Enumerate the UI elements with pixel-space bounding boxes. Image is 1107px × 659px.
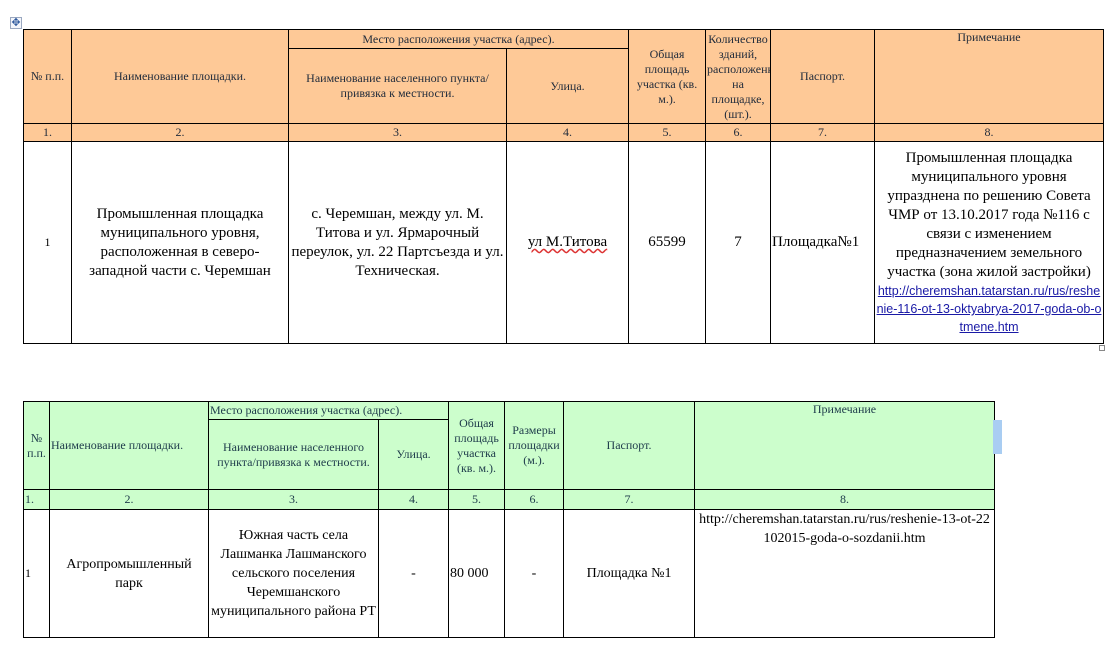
header-area: Общая площадь участка (кв. м.). [629, 30, 706, 124]
cell-buildings[interactable]: 7 [706, 142, 771, 344]
cell-note[interactable]: http://cheremshan.tatarstan.ru/rus/reshe… [695, 510, 995, 638]
column-number: 6. [505, 490, 564, 510]
header-street: Улица. [379, 420, 449, 490]
column-number: 4. [379, 490, 449, 510]
column-number: 8. [695, 490, 995, 510]
column-number: 1. [24, 490, 50, 510]
header-name: Наименование площадки. [50, 402, 209, 490]
cell-name[interactable]: Промышленная площадка муниципального уро… [72, 142, 289, 344]
header-location-group: Место расположения участка (адрес). [209, 402, 449, 420]
header-num: № п.п. [24, 402, 50, 490]
cell-note[interactable]: Промышленная площадка муниципального уро… [875, 142, 1104, 344]
header-settlement: Наименование населенного пункта/привязка… [209, 420, 379, 490]
header-name: Наименование площадки. [72, 30, 289, 124]
header-passport: Паспорт. [771, 30, 875, 124]
note-link[interactable]: http://cheremshan.tatarstan.ru/rus/reshe… [876, 282, 1102, 336]
column-numbers-row: 1. 2. 3. 4. 5. 6. 7. 8. [24, 490, 995, 510]
cell-area[interactable]: 65599 [629, 142, 706, 344]
header-location-group: Место расположения участка (адрес). [289, 30, 629, 49]
cell-passport[interactable]: Площадка№1 [771, 142, 875, 344]
table-row: 1 Промышленная площадка муниципального у… [24, 142, 1104, 344]
column-number: 6. [706, 124, 771, 142]
street-text: ул М.Титова [528, 234, 607, 250]
industrial-sites-table: № п.п. Наименование площадки. Место расп… [23, 29, 1104, 344]
cell-settlement[interactable]: Южная часть села Лашманка Лашманского се… [209, 510, 379, 638]
header-note: Примечание [695, 402, 995, 490]
column-number: 8. [875, 124, 1104, 142]
column-number: 2. [50, 490, 209, 510]
cell-settlement[interactable]: с. Черемшан, между ул. М. Титова и ул. Я… [289, 142, 507, 344]
cell-area[interactable]: 80 000 [449, 510, 505, 638]
column-number: 1. [24, 124, 72, 142]
header-passport: Паспорт. [564, 402, 695, 490]
cell-street[interactable]: - [379, 510, 449, 638]
header-buildings: Количество зданий, расположенных на площ… [706, 30, 771, 124]
cell-name[interactable]: Агропромышленный парк [50, 510, 209, 638]
header-num: № п.п. [24, 30, 72, 124]
header-street: Улица. [507, 49, 629, 124]
column-number: 2. [72, 124, 289, 142]
column-number: 5. [629, 124, 706, 142]
cell-size[interactable]: - [505, 510, 564, 638]
column-numbers-row: 1. 2. 3. 4. 5. 6. 7. 8. [24, 124, 1104, 142]
cell-street[interactable]: ул М.Титова [507, 142, 629, 344]
selection-marker [993, 420, 1002, 454]
header-size: Размеры площадки (м.). [505, 402, 564, 490]
column-number: 7. [771, 124, 875, 142]
cell-num[interactable]: 1 [24, 510, 50, 638]
agro-park-table: № п.п. Наименование площадки. Место расп… [23, 401, 995, 638]
column-number: 4. [507, 124, 629, 142]
table-move-handle-icon[interactable]: ✥ [10, 17, 22, 29]
table-resize-handle-icon[interactable] [1099, 345, 1105, 351]
header-area: Общая площадь участка (кв. м.). [449, 402, 505, 490]
table-row: 1 Агропромышленный парк Южная часть села… [24, 510, 995, 638]
column-number: 3. [209, 490, 379, 510]
cell-passport[interactable]: Площадка №1 [564, 510, 695, 638]
column-number: 3. [289, 124, 507, 142]
column-number: 5. [449, 490, 505, 510]
header-note: Примечание [875, 30, 1104, 124]
note-text: Промышленная площадка муниципального уро… [876, 149, 1102, 282]
column-number: 7. [564, 490, 695, 510]
header-settlement: Наименование населенного пункта/привязка… [289, 49, 507, 124]
cell-num[interactable]: 1 [24, 142, 72, 344]
